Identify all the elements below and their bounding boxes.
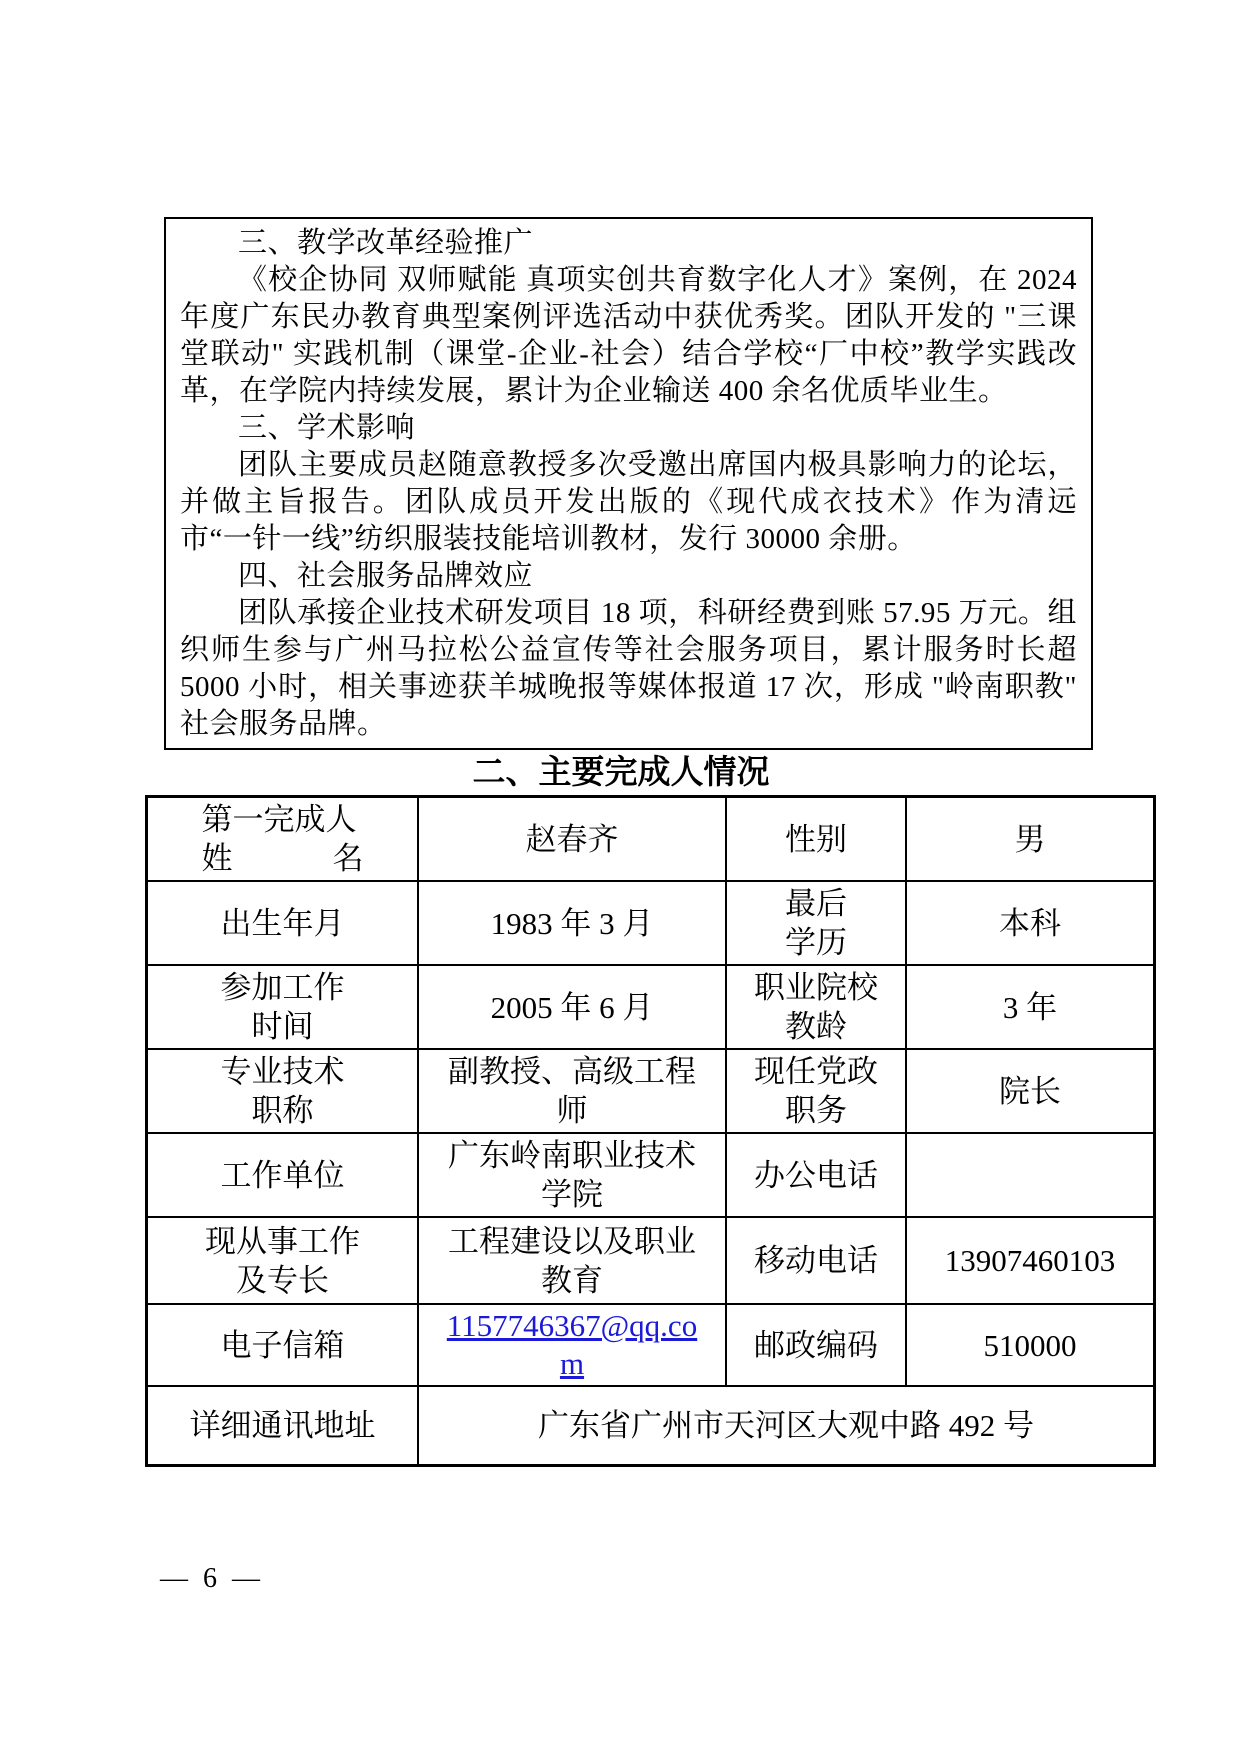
cell-value-professional-title: 副教授、高级工程师 bbox=[418, 1049, 726, 1133]
cell-value-name: 赵春齐 bbox=[418, 797, 726, 882]
table-row: 专业技术 职称 副教授、高级工程师 现任党政 职务 院长 bbox=[147, 1049, 1155, 1133]
cell-value-email: 1157746367@qq.com bbox=[418, 1304, 726, 1385]
first-completer-label-surname: 姓 bbox=[202, 839, 233, 878]
paragraph-teaching-reform-heading: 三、教学改革经验推广 bbox=[180, 225, 1077, 262]
cell-value-education: 本科 bbox=[906, 881, 1155, 965]
cell-value-employer: 广东岭南职业技术学院 bbox=[418, 1133, 726, 1217]
cell-label-mobile-phone: 移动电话 bbox=[726, 1217, 906, 1304]
table-row: 参加工作 时间 2005 年 6 月 职业院校 教龄 3 年 bbox=[147, 965, 1155, 1049]
cell-value-mobile-phone: 13907460103 bbox=[906, 1217, 1155, 1304]
table-row: 工作单位 广东岭南职业技术学院 办公电话 bbox=[147, 1133, 1155, 1217]
cell-label-work-start: 参加工作 时间 bbox=[147, 965, 419, 1049]
cell-label-name: 第一完成人 姓 名 bbox=[147, 797, 419, 882]
cell-label-birth: 出生年月 bbox=[147, 881, 419, 965]
table-row: 现从事工作 及专长 工程建设以及职业教育 移动电话 13907460103 bbox=[147, 1217, 1155, 1304]
cell-label-email: 电子信箱 bbox=[147, 1304, 419, 1385]
cell-value-teaching-years: 3 年 bbox=[906, 965, 1155, 1049]
cell-value-work-start: 2005 年 6 月 bbox=[418, 965, 726, 1049]
paragraph-social-service-body: 团队承接企业技术研发项目 18 项，科研经费到账 57.95 万元。组织师生参与… bbox=[180, 595, 1077, 743]
cell-value-office-phone bbox=[906, 1133, 1155, 1217]
cell-label-professional-title: 专业技术 职称 bbox=[147, 1049, 419, 1133]
page-number: — 6 — bbox=[160, 1563, 264, 1595]
cell-label-teaching-years: 职业院校 教龄 bbox=[726, 965, 906, 1049]
table-row: 出生年月 1983 年 3 月 最后 学历 本科 bbox=[147, 881, 1155, 965]
cell-value-birth: 1983 年 3 月 bbox=[418, 881, 726, 965]
table-row: 第一完成人 姓 名 赵春齐 性别 男 bbox=[147, 797, 1155, 882]
first-completer-label-givenname: 名 bbox=[333, 839, 364, 878]
cell-label-current-work: 现从事工作 及专长 bbox=[147, 1217, 419, 1304]
document-page: { "colors": { "text": "#000000", "border… bbox=[0, 0, 1240, 1753]
paragraph-academic-influence-heading: 三、学术影响 bbox=[180, 410, 1077, 447]
table-row: 详细通讯地址 广东省广州市天河区大观中路 492 号 bbox=[147, 1386, 1155, 1466]
cell-label-education: 最后 学历 bbox=[726, 881, 906, 965]
cell-value-current-work: 工程建设以及职业教育 bbox=[418, 1217, 726, 1304]
paragraph-academic-influence-body: 团队主要成员赵随意教授多次受邀出席国内极具影响力的论坛，并做主旨报告。团队成员开… bbox=[180, 447, 1077, 558]
paragraph-teaching-reform-body: 《校企协同 双师赋能 真项实创共育数字化人才》案例，在 2024 年度广东民办教… bbox=[180, 262, 1077, 410]
cell-value-address: 广东省广州市天河区大观中路 492 号 bbox=[418, 1386, 1155, 1466]
paragraph-social-service-heading: 四、社会服务品牌效应 bbox=[180, 558, 1077, 595]
section-title: 二、主要完成人情况 bbox=[146, 748, 1096, 795]
cell-label-address: 详细通讯地址 bbox=[147, 1386, 419, 1466]
first-completer-label-line1: 第一完成人 bbox=[202, 800, 364, 839]
completer-info-table: 第一完成人 姓 名 赵春齐 性别 男 出生年月 1983 年 3 月 最后 学历… bbox=[145, 795, 1156, 1467]
cell-value-postal-code: 510000 bbox=[906, 1304, 1155, 1385]
cell-label-employer: 工作单位 bbox=[147, 1133, 419, 1217]
email-link[interactable]: 1157746367@qq.com bbox=[441, 1307, 703, 1381]
achievements-text-box: 三、教学改革经验推广 《校企协同 双师赋能 真项实创共育数字化人才》案例，在 2… bbox=[164, 217, 1093, 750]
cell-value-party-post: 院长 bbox=[906, 1049, 1155, 1133]
cell-label-postal-code: 邮政编码 bbox=[726, 1304, 906, 1385]
cell-label-gender: 性别 bbox=[726, 797, 906, 882]
table-row: 电子信箱 1157746367@qq.com 邮政编码 510000 bbox=[147, 1304, 1155, 1385]
cell-value-gender: 男 bbox=[906, 797, 1155, 882]
cell-label-party-post: 现任党政 职务 bbox=[726, 1049, 906, 1133]
cell-label-office-phone: 办公电话 bbox=[726, 1133, 906, 1217]
